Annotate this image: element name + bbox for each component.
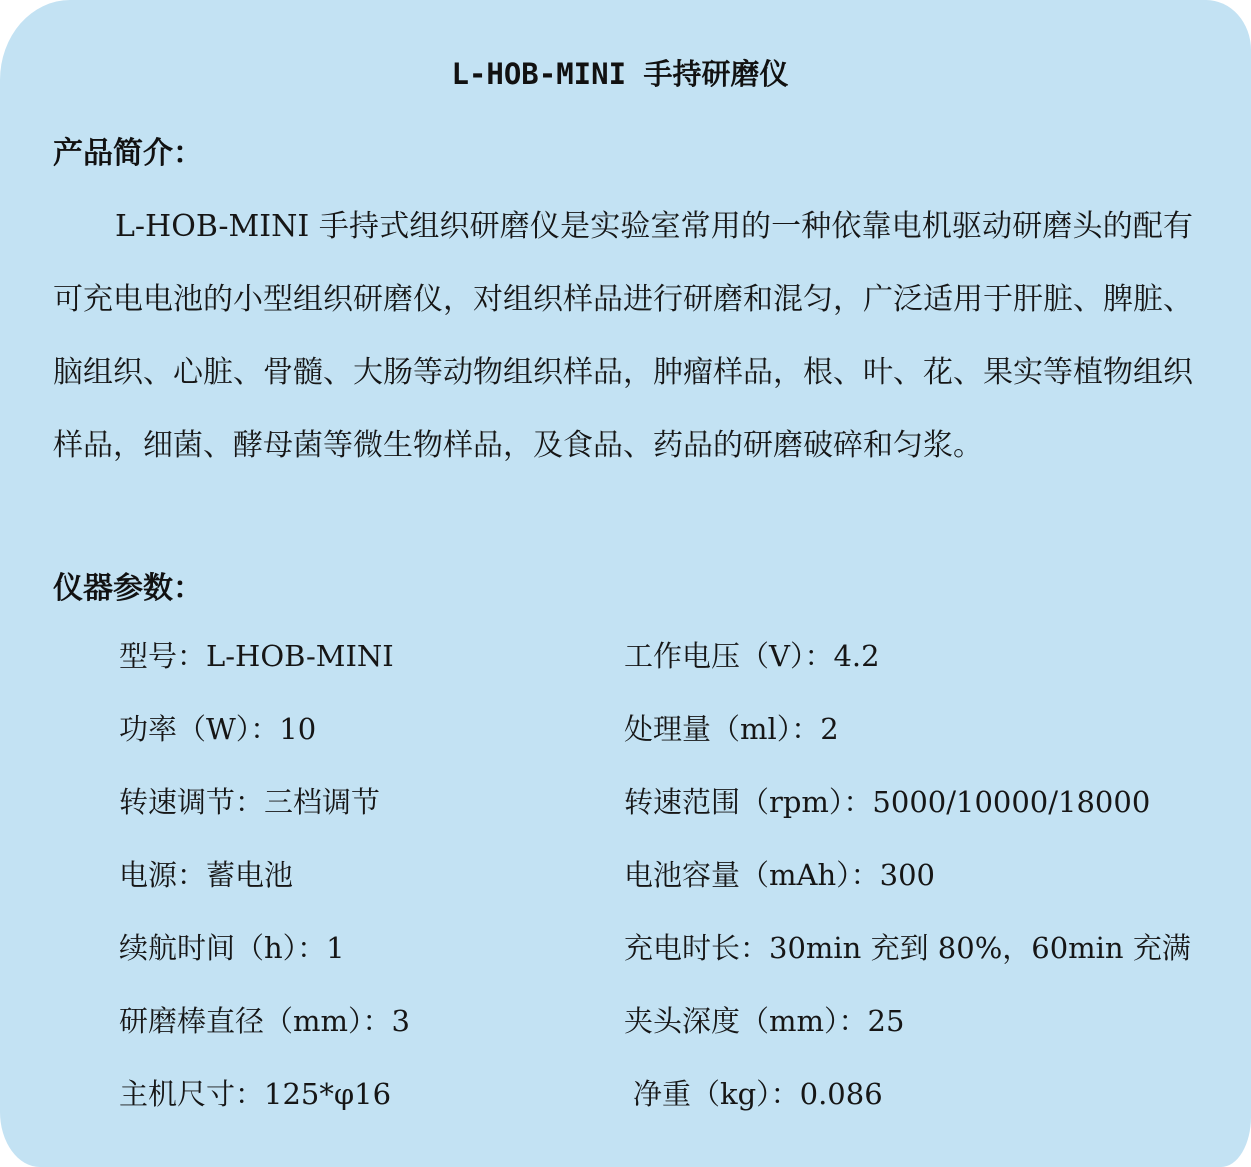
params-heading: 仪器参数：: [53, 563, 203, 607]
intro-paragraph: L-HOB-MINI 手持式组织研磨仪是实验室常用的一种依靠电机驱动研磨头的配有…: [53, 190, 1193, 482]
param-net-weight: 净重（kg）：0.086: [633, 1058, 883, 1131]
document-title: L-HOB-MINI 手持研磨仪: [0, 52, 1240, 93]
param-capacity: 处理量（ml）：2: [624, 693, 839, 766]
params-table: 型号：L-HOB-MINI 工作电压（V）：4.2 功率（W）：10 处理量（m…: [119, 620, 1219, 1131]
param-power-source: 电源：蓄电池: [119, 839, 293, 912]
param-speed-range: 转速范围（rpm）：5000/10000/18000: [624, 766, 1150, 839]
param-row: 续航时间（h）：1 充电时长：30min 充到 80%，60min 充满: [119, 912, 1219, 985]
param-host-size: 主机尺寸：125*φ16: [119, 1058, 391, 1131]
param-row: 功率（W）：10 处理量（ml）：2: [119, 693, 1219, 766]
param-runtime: 续航时间（h）：1: [119, 912, 345, 985]
intro-heading: 产品简介：: [53, 128, 203, 172]
document-card: L-HOB-MINI 手持研磨仪 产品简介： L-HOB-MINI 手持式组织研…: [0, 0, 1251, 1167]
param-row: 主机尺寸：125*φ16 净重（kg）：0.086: [119, 1058, 1219, 1131]
param-voltage: 工作电压（V）：4.2: [624, 620, 880, 693]
param-chuck-depth: 夹头深度（mm）：25: [624, 985, 904, 1058]
param-row: 转速调节：三档调节 转速范围（rpm）：5000/10000/18000: [119, 766, 1219, 839]
param-power: 功率（W）：10: [119, 693, 316, 766]
param-row: 型号：L-HOB-MINI 工作电压（V）：4.2: [119, 620, 1219, 693]
param-row: 电源：蓄电池 电池容量（mAh）：300: [119, 839, 1219, 912]
param-rod-diameter: 研磨棒直径（mm）：3: [119, 985, 410, 1058]
param-charge-time: 充电时长：30min 充到 80%，60min 充满: [624, 912, 1191, 985]
param-row: 研磨棒直径（mm）：3 夹头深度（mm）：25: [119, 985, 1219, 1058]
param-model: 型号：L-HOB-MINI: [119, 620, 394, 693]
param-speed-adjust: 转速调节：三档调节: [119, 766, 380, 839]
param-battery-capacity: 电池容量（mAh）：300: [624, 839, 935, 912]
